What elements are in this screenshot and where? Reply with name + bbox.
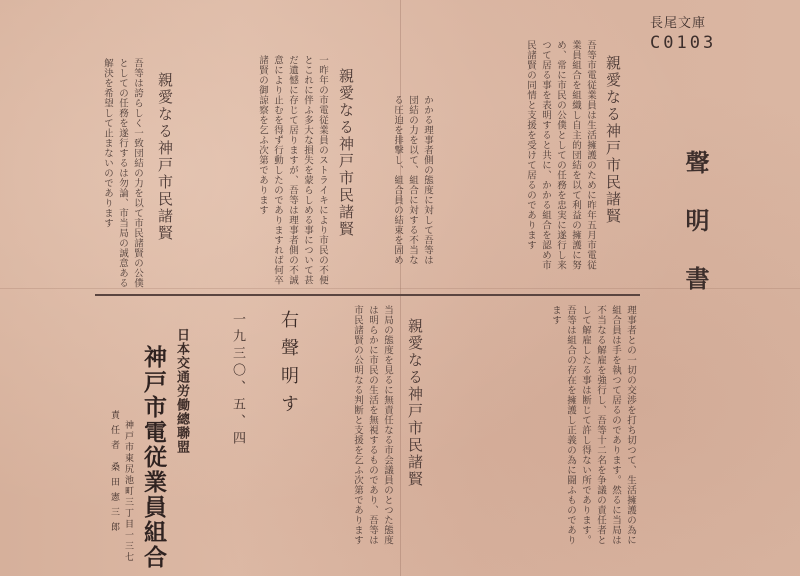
- section-heading-4: 親愛なる神戸市民諸賢: [405, 318, 426, 488]
- closing-date: 一九三〇、五、四: [228, 312, 247, 448]
- section-body-6-text: 理事者との一切の交渉を打ち切つて、生活擁護の為に組合員は手を執つて居るのでありま…: [548, 305, 638, 550]
- section-body-4: 吾等は誇らしく一致団結の力を以て市民諸賢の公僕としての任務を遂行するは勿論、市当…: [90, 58, 145, 288]
- responsible-name: 桑田憲三郎: [108, 462, 121, 537]
- federation-name: 日本交通労働總聯盟: [172, 328, 191, 454]
- section-body-4-text: 吾等は誇らしく一致団結の力を以て市民諸賢の公僕としての任務を遂行するは勿論、市当…: [100, 58, 145, 288]
- section-divider: [95, 294, 640, 296]
- section-heading-3: 親愛なる神戸市民諸賢: [155, 72, 176, 242]
- closing-statement: 右聲明す: [275, 310, 301, 422]
- document-title: 聲明書: [678, 150, 713, 324]
- section-body-6: 理事者との一切の交渉を打ち切つて、生活擁護の為に組合員は手を執つて居るのでありま…: [488, 305, 638, 550]
- section-heading-1: 親愛なる神戸市民諸賢: [603, 55, 624, 225]
- union-address: 神戸市東尻池町三丁目一三七: [122, 420, 135, 563]
- section-body-2-text: かかる理事者側の態度に対して吾等は団結の力を以て、組合に対する不当なる圧迫を排撃…: [395, 95, 435, 270]
- section-body-1: 吾等市電従業員は生活擁護のために昨年五月市電従業員組合を組織し自主的団結を以て利…: [440, 40, 598, 270]
- section-body-2: かかる理事者側の態度に対して吾等は団結の力を以て、組合に対する不当なる圧迫を排撃…: [395, 95, 435, 270]
- union-name: 神戸市電従業員組合: [137, 345, 170, 570]
- section-body-5-text: 当局の態度を見るに無責任なる市会議員のとつた態度は明らかに市民の生活を無視するも…: [350, 305, 395, 545]
- section-body-1-text: 吾等市電従業員は生活擁護のために昨年五月市電従業員組合を組織し自主的団結を以て利…: [523, 40, 598, 270]
- section-heading-2: 親愛なる神戸市民諸賢: [336, 68, 357, 238]
- section-body-3-text: 一昨年の市電従業員のストライキにより市民の不便とこれに伴ふ多大な損失を蒙らしめる…: [255, 55, 330, 285]
- archive-code: C0103: [650, 33, 716, 53]
- archive-library-name: 長尾文庫: [650, 12, 716, 31]
- section-body-5: 当局の態度を見るに無責任なる市会議員のとつた態度は明らかに市民の生活を無視するも…: [305, 305, 395, 545]
- section-body-3: 一昨年の市電従業員のストライキにより市民の不便とこれに伴ふ多大な損失を蒙らしめる…: [200, 55, 330, 285]
- responsible-label: 責任者: [108, 410, 121, 455]
- archive-stamp: 長尾文庫 C0103: [650, 12, 716, 53]
